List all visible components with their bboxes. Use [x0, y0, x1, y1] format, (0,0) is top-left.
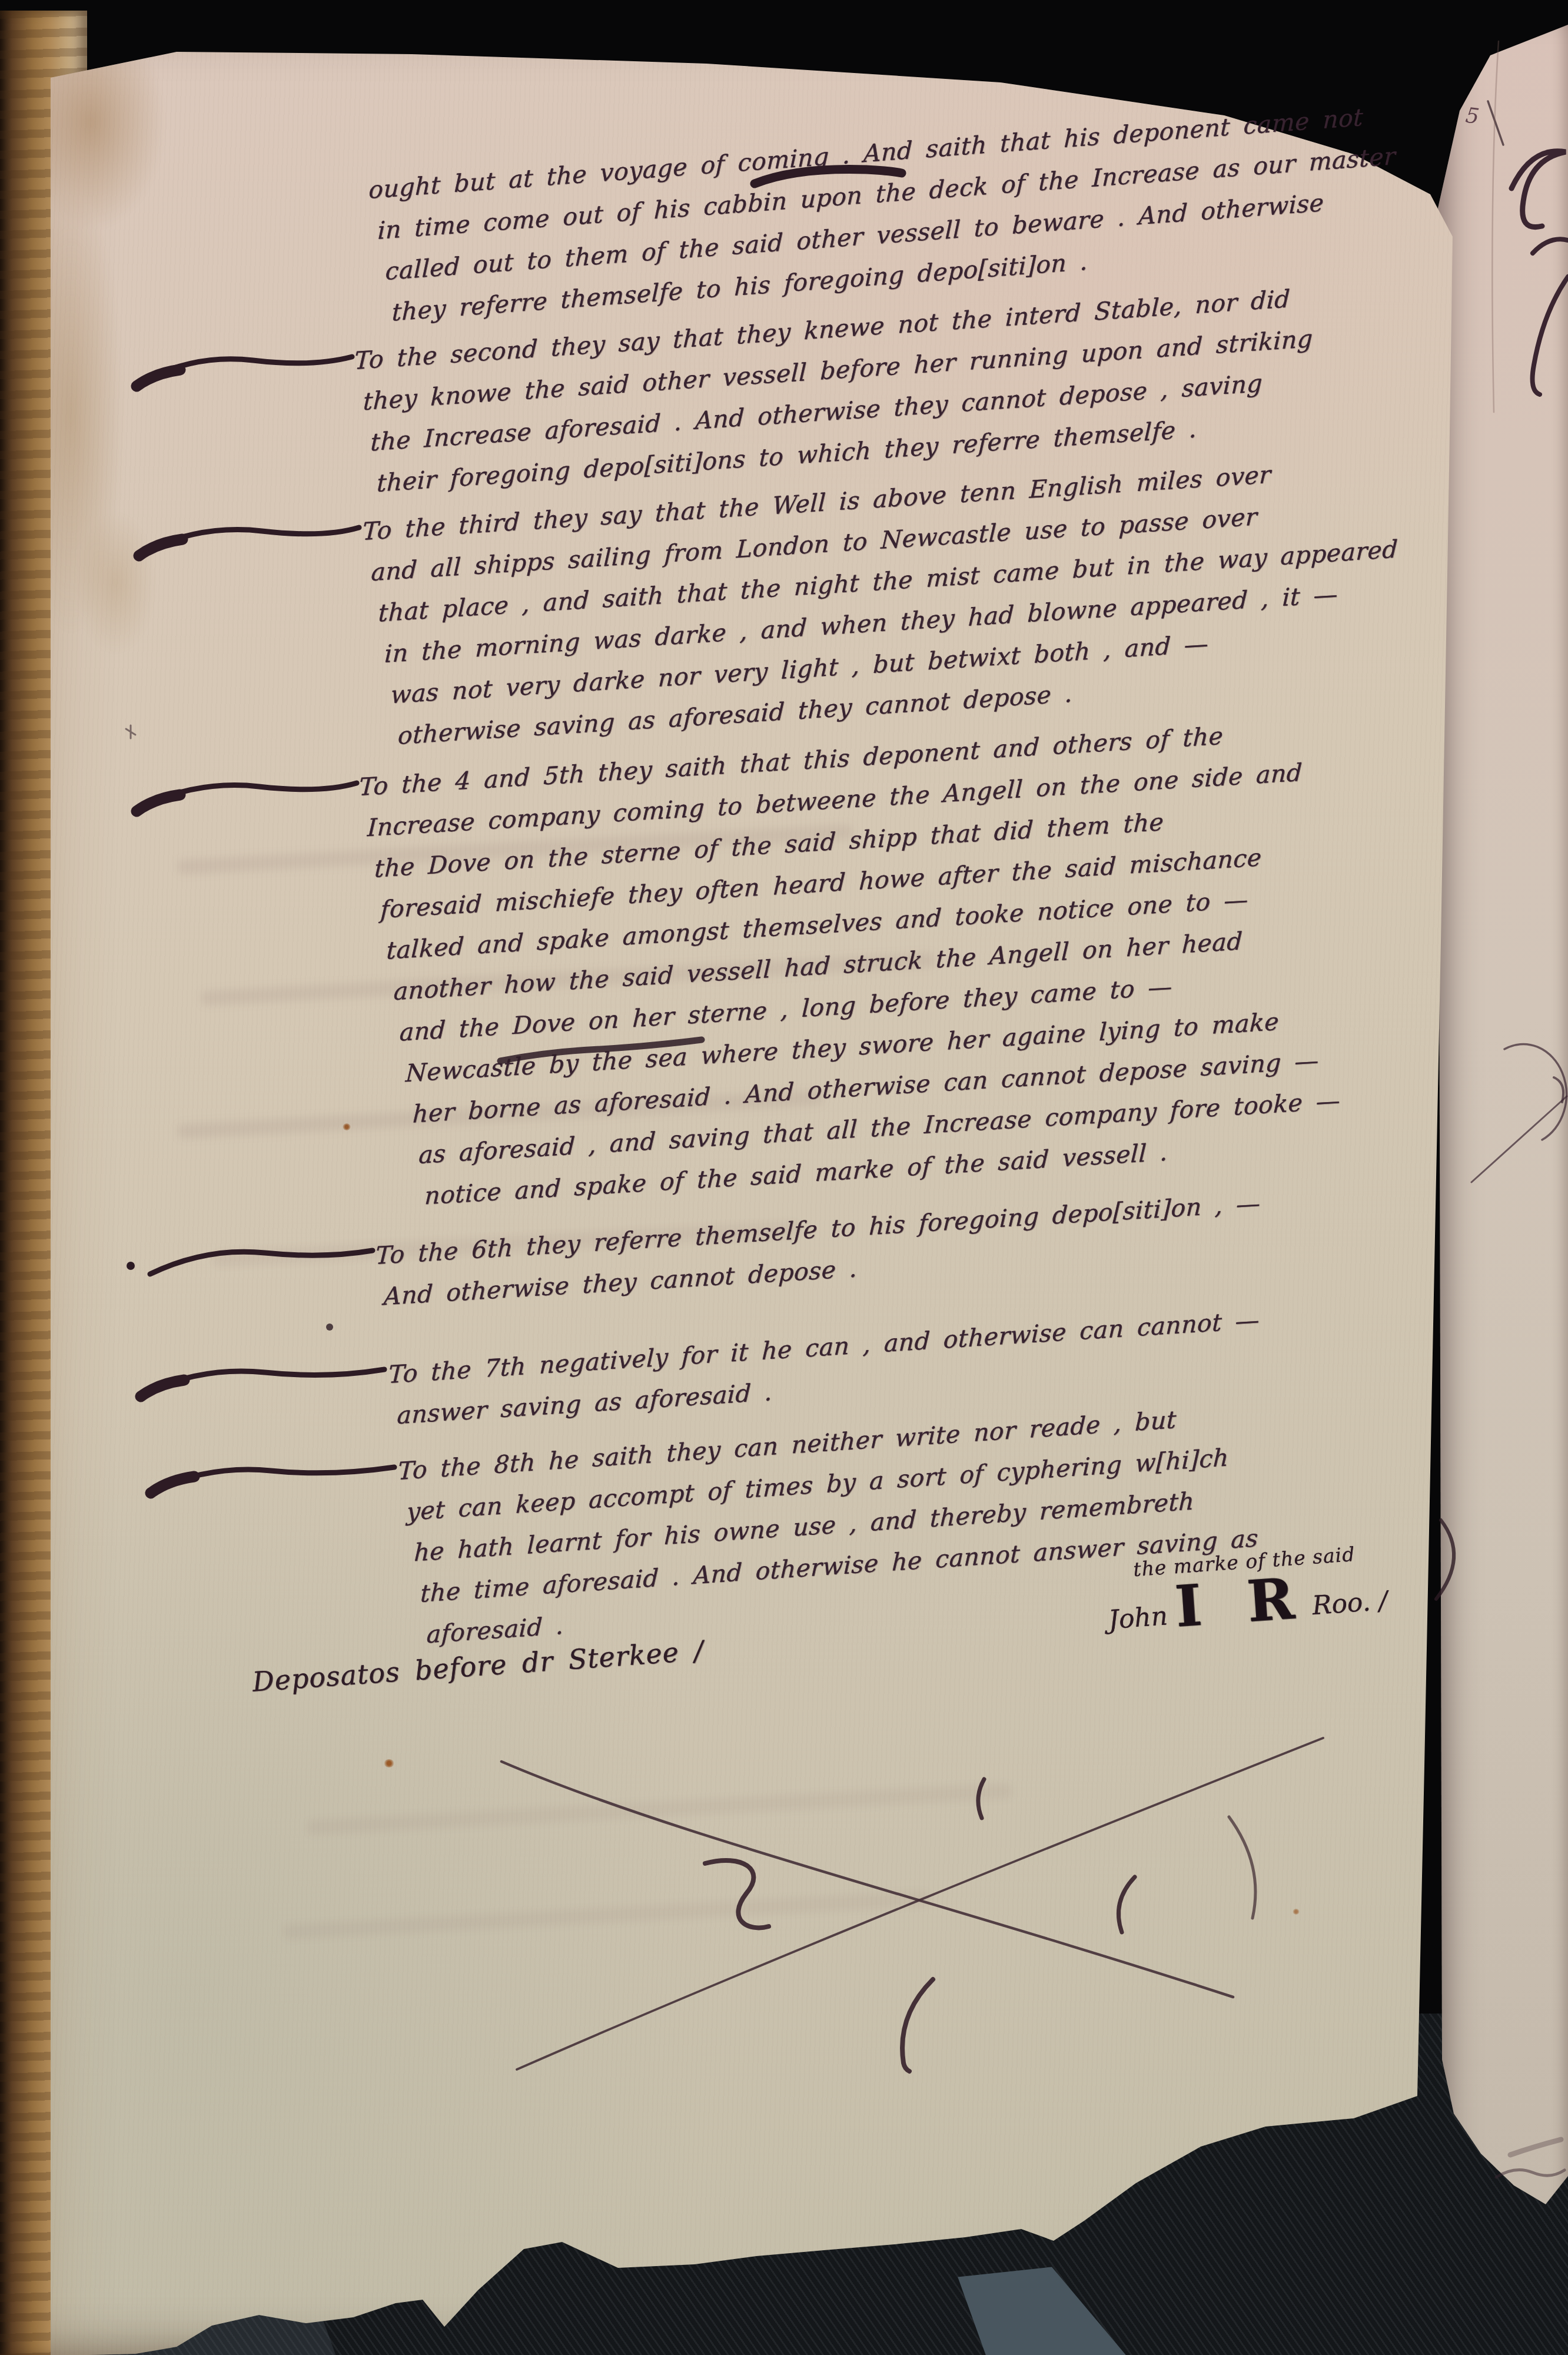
witness-mark: I R [1174, 1573, 1308, 1631]
manuscript-photo: { "colors": { "background": "#070708", "… [0, 0, 1568, 2355]
paragraph-to-the-fourth-and-fifth: To the 4 and 5th they saith that this de… [358, 709, 1344, 1219]
rust-spot [1293, 1909, 1300, 1915]
deponent-surname: Roo. / [1311, 1585, 1389, 1622]
damp-stain [41, 41, 288, 718]
showthrough-line [283, 1890, 930, 1940]
rust-spot [384, 1759, 394, 1767]
showthrough-line [306, 1783, 1012, 1836]
page-number: 5 [1464, 104, 1481, 129]
deponent-forename: John [1107, 1600, 1168, 1636]
